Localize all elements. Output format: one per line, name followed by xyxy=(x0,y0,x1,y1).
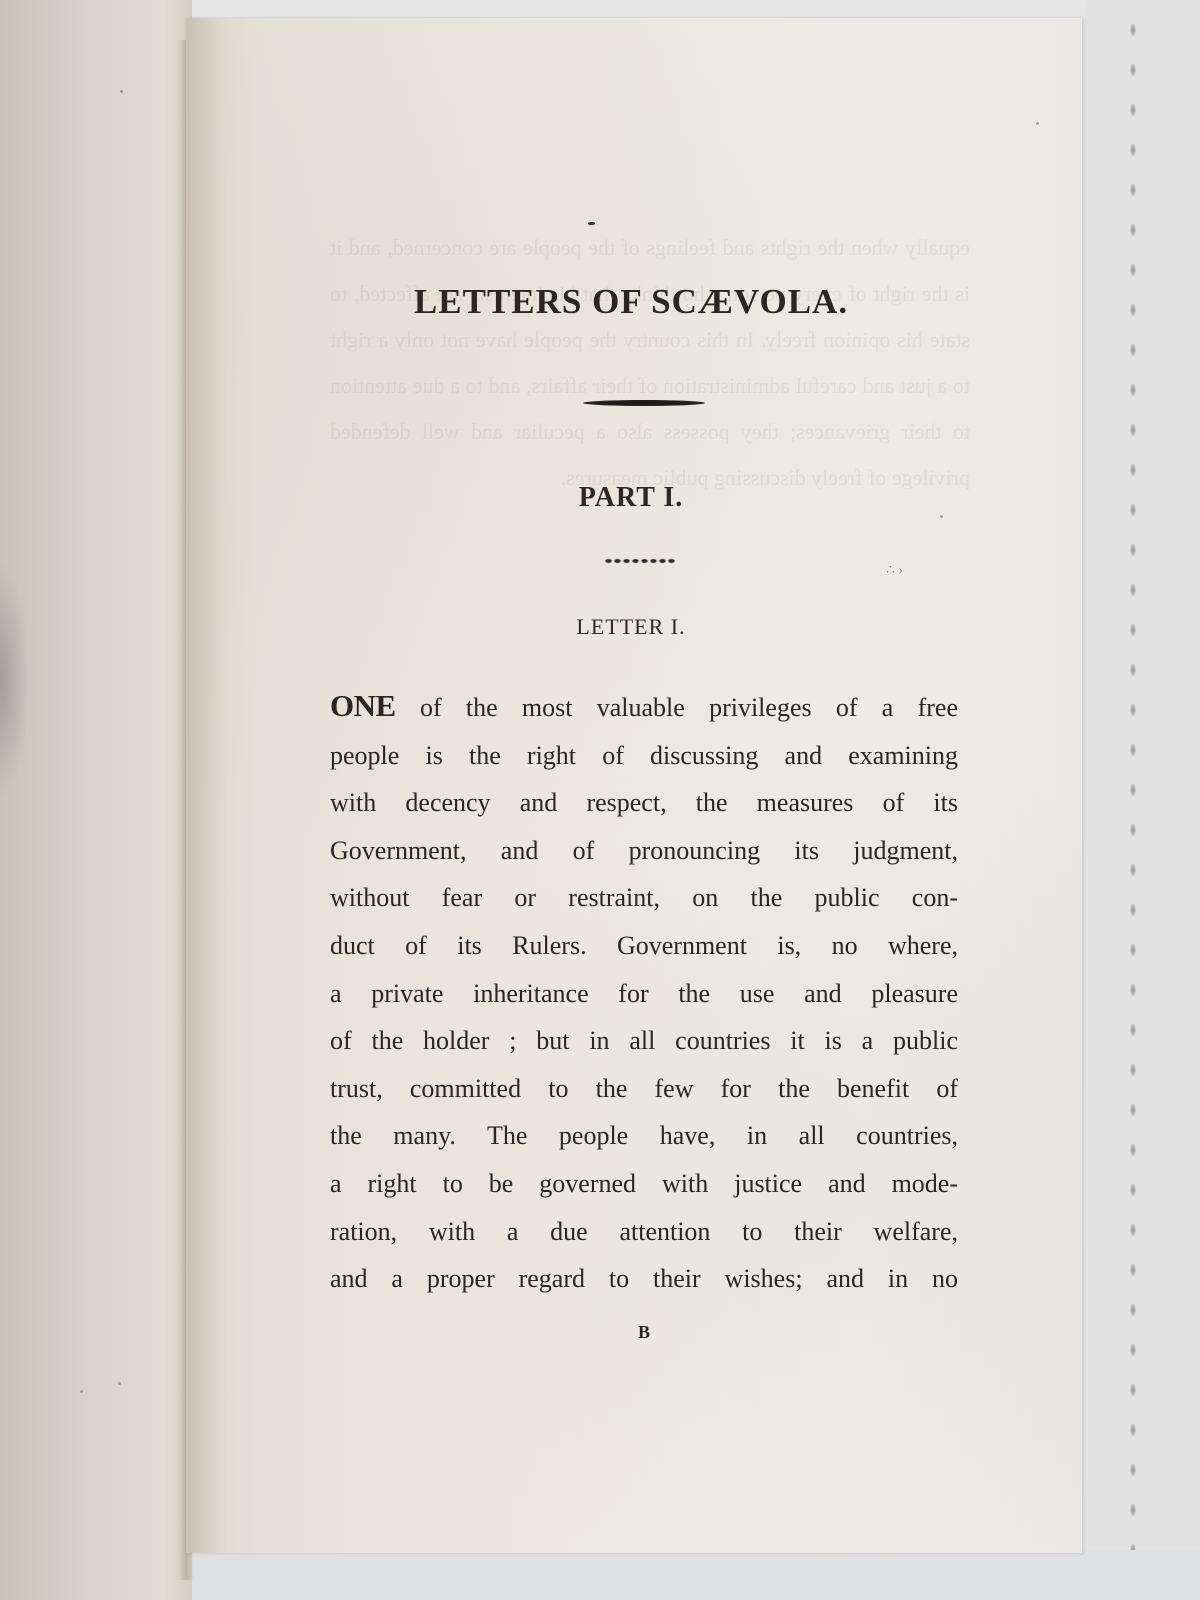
body-line-5: without fear or restraint, on the public… xyxy=(330,874,958,922)
page-title: LETTERS OF SCÆVOLA. xyxy=(0,282,1200,322)
opening-word: ONE xyxy=(330,688,396,723)
gutter-shadow xyxy=(186,18,226,1553)
body-line-7: a private inheritance for the use and pl… xyxy=(330,970,958,1018)
paper-speck xyxy=(1036,122,1039,125)
signature-mark: B xyxy=(638,1322,650,1343)
part-heading: PART I. xyxy=(0,482,1200,514)
paper-speck xyxy=(118,1382,121,1385)
body-line-9: trust, committed to the few for the bene… xyxy=(330,1065,958,1113)
body-text: ONE of the most valuable privileges of a… xyxy=(330,682,958,1303)
ink-dot xyxy=(588,222,595,225)
body-line-1-text: of the most valuable privileges of a fre… xyxy=(396,693,958,722)
paper-speck xyxy=(940,515,943,518)
ornamental-rule-wavy xyxy=(604,558,676,564)
body-line-12: ration, with a due attention to their we… xyxy=(330,1208,958,1256)
body-line-2: people is the right of discussing and ex… xyxy=(330,732,958,780)
paper-speck xyxy=(120,90,123,93)
body-line-1: ONE of the most valuable privileges of a… xyxy=(330,682,958,732)
left-leaf-shadow-stain xyxy=(0,560,30,800)
letter-heading: LETTER I. xyxy=(0,614,1200,640)
ornamental-rule-thick xyxy=(583,400,705,406)
body-line-13: and a proper regard to their wishes; and… xyxy=(330,1255,958,1303)
body-line-3: with decency and respect, the measures o… xyxy=(330,779,958,827)
body-line-8: of the holder ; but in all countries it … xyxy=(330,1017,958,1065)
perforated-edge xyxy=(1128,10,1138,1600)
margin-marks: ∴ › xyxy=(886,562,903,579)
bottom-surface-strip xyxy=(182,1550,1200,1600)
body-line-4: Government, and of pronouncing its judgm… xyxy=(330,827,958,875)
body-line-11: a right to be governed with justice and … xyxy=(330,1160,958,1208)
left-page-leaf xyxy=(0,0,192,1600)
paper-speck xyxy=(80,1390,83,1393)
right-surface xyxy=(1085,0,1200,1600)
body-line-6: duct of its Rulers. Government is, no wh… xyxy=(330,922,958,970)
body-line-10: the many. The people have, in all countr… xyxy=(330,1112,958,1160)
